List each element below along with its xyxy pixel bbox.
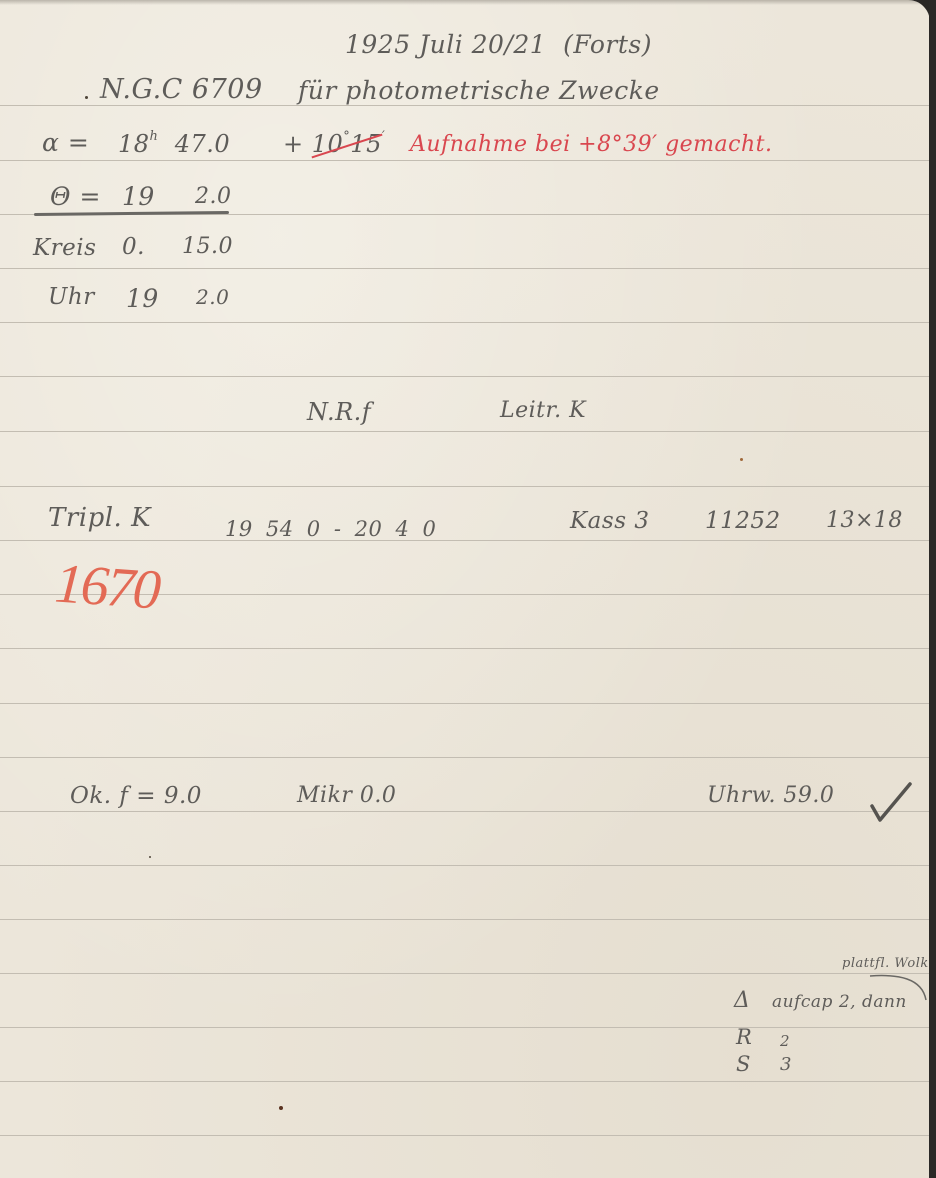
- alpha-hours: 18: [118, 130, 150, 158]
- ruled-line: [0, 105, 930, 106]
- ruled-line: [0, 919, 930, 920]
- ruled-line: [0, 865, 930, 866]
- kreis-hours: 0.: [122, 234, 145, 260]
- kreis-label: Kreis: [33, 235, 96, 261]
- object-purpose: für photometrische Zwecke: [298, 76, 660, 105]
- exposure-time-range: 19 54 0 - 20 4 0: [225, 517, 436, 541]
- ruled-line: [0, 1027, 930, 1028]
- theta-label: Θ =: [50, 182, 101, 211]
- ruled-line: [0, 811, 930, 812]
- note-value-2: 2: [780, 1032, 790, 1050]
- plate-number: 11252: [705, 508, 781, 534]
- red-plate-id: 1670: [53, 551, 161, 622]
- declination-degrees: 10: [312, 130, 344, 158]
- plate-size: 13×18: [826, 508, 903, 533]
- note-value-3: 3: [780, 1054, 792, 1075]
- ruled-line: [0, 1081, 930, 1082]
- notebook-page: 1925 Juli 20/21 (Forts) N.G.C 6709 für p…: [0, 0, 930, 1178]
- uhr-hours: 19: [126, 284, 159, 313]
- degree-symbol: °: [343, 129, 350, 144]
- ruled-line: [0, 973, 930, 974]
- header-date: 1925 Juli 20/21: [345, 30, 546, 59]
- uhr-label: Uhr: [48, 284, 95, 310]
- okular-reading: Ok. f = 9.0: [70, 783, 202, 809]
- page-edge: [929, 0, 936, 1178]
- theta-underline: [34, 211, 229, 216]
- ruled-line: [0, 268, 930, 269]
- cassette-label: Kass 3: [570, 508, 649, 534]
- note-text-1: aufcap 2, dann: [772, 992, 907, 1012]
- alpha-hours-unit: h: [150, 129, 159, 144]
- struck-declination: 10°15: [312, 130, 382, 158]
- alpha-label: α =: [42, 128, 89, 157]
- checkmark-icon: [868, 780, 916, 824]
- ruled-line: [0, 540, 930, 541]
- red-correction-note: Aufnahme bei +8°39′ gemacht.: [410, 132, 772, 157]
- theta-minutes: 2.0: [195, 184, 232, 209]
- header-line: 1925 Juli 20/21 (Forts): [345, 30, 652, 59]
- ruled-line: [0, 431, 930, 432]
- notes-superscript: plattfl. Wolk: [842, 956, 929, 971]
- uhrw-reading: Uhrw. 59.0: [707, 783, 834, 808]
- ink-speck: [740, 458, 743, 461]
- note-symbol-1: Δ: [734, 988, 750, 1013]
- header-note: (Forts): [563, 30, 652, 59]
- ruled-line: [0, 1135, 930, 1136]
- ruled-line: [0, 648, 930, 649]
- alpha-value: 18h 47.0: [118, 130, 230, 158]
- mikr-reading: Mikr 0.0: [297, 783, 396, 808]
- declination-minutes: 15: [350, 130, 382, 158]
- theta-hours: 19: [122, 182, 155, 211]
- ruled-line: [0, 322, 930, 323]
- declination-value: + 10°15′: [283, 130, 385, 158]
- object-designation: N.G.C 6709: [100, 74, 263, 105]
- note-symbol-3: S: [736, 1052, 751, 1076]
- ink-speck: [149, 856, 151, 858]
- declination-sign: +: [283, 130, 304, 158]
- ruled-line: [0, 757, 930, 758]
- camera-label: Tripl. K: [48, 503, 151, 533]
- alpha-minutes: 47.0: [175, 130, 230, 158]
- ruled-line: [0, 160, 930, 161]
- page-top-shadow: [0, 0, 930, 5]
- nrf-label: N.R.f: [307, 398, 371, 426]
- ruled-line: [0, 703, 930, 704]
- uhr-minutes: 2.0: [196, 285, 229, 309]
- ruled-line: [0, 376, 930, 377]
- leitr-label: Leitr. K: [500, 398, 586, 423]
- kreis-minutes: 15.0: [182, 234, 233, 259]
- note-symbol-2: R: [736, 1025, 752, 1049]
- ruled-line: [0, 486, 930, 487]
- minute-symbol: ′: [382, 129, 385, 144]
- ink-speck: [279, 1106, 283, 1110]
- ink-dot: [85, 96, 88, 99]
